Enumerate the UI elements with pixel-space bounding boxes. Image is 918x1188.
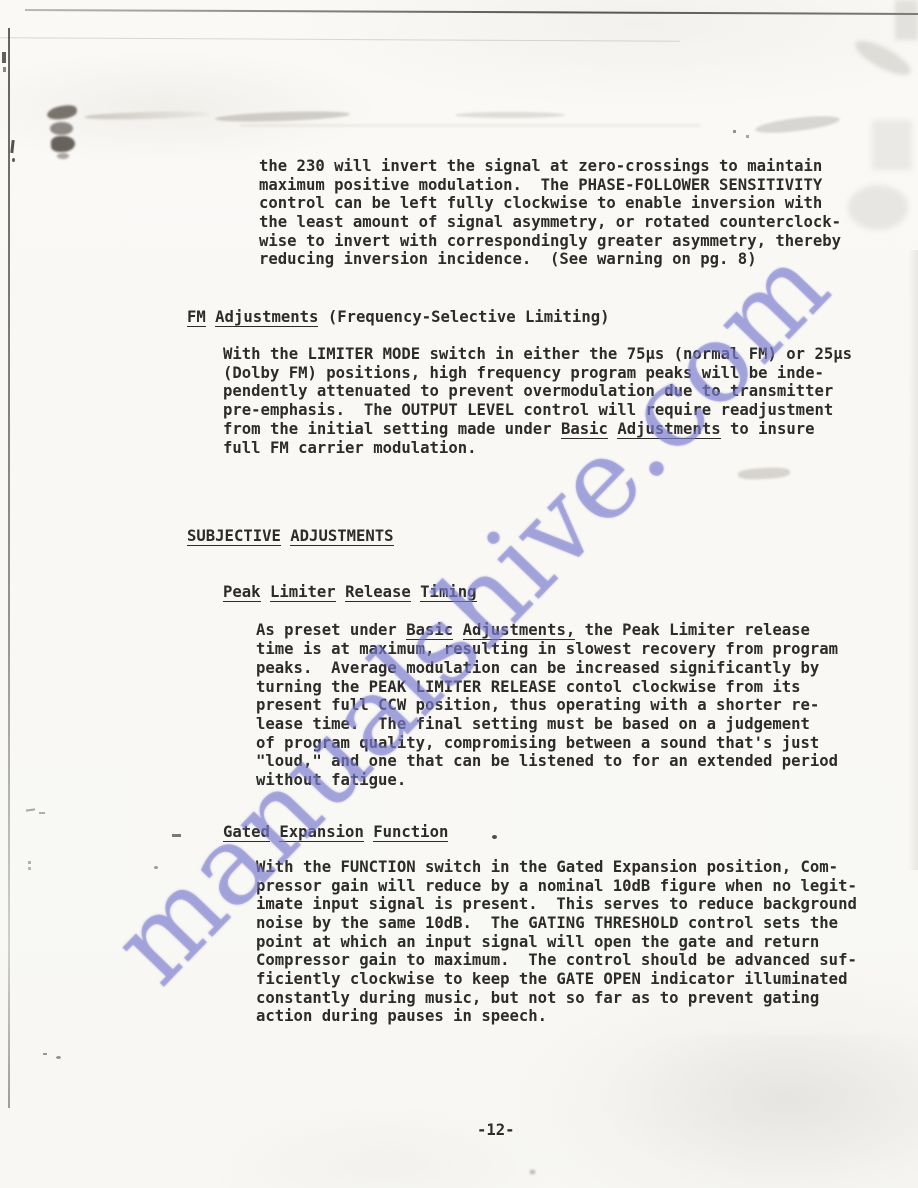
- text-line: noise by the same 10dB. The GATING THRES…: [256, 914, 857, 933]
- underlined-word: ADJUSTMENTS: [290, 528, 393, 546]
- scan-streak: [848, 185, 908, 230]
- underlined-word: SUBJECTIVE: [187, 528, 281, 546]
- page-number: -12-: [477, 1121, 515, 1139]
- text-line: the 230 will invert the signal at zero-c…: [259, 157, 841, 176]
- scan-mark: [39, 812, 45, 814]
- scan-bottom-shading: [590, 1035, 918, 1185]
- stamp-smudge: [57, 153, 69, 159]
- scanned-manual-page: the 230 will invert the signal at zero-c…: [0, 0, 918, 1188]
- scan-mark: [2, 52, 6, 63]
- scan-mark: [43, 1053, 47, 1055]
- scan-streak: [240, 124, 700, 127]
- underlined-word: Adjustments: [215, 309, 318, 327]
- scan-mark: [172, 834, 181, 837]
- scan-streak: [455, 112, 565, 118]
- text-line: FM Adjustments (Frequency-Selective Limi…: [187, 308, 610, 327]
- text-line: from the initial setting made under Basi…: [223, 420, 852, 439]
- text-line: Compressor gain to maximum. The control …: [256, 951, 857, 970]
- text-line: constantly during music, but not so far …: [256, 989, 857, 1008]
- underlined-word: Function: [373, 824, 448, 842]
- text-line: pressor gain will reduce by a nominal 10…: [256, 877, 857, 896]
- scan-mark: [733, 130, 736, 133]
- scan-mark: [492, 835, 497, 839]
- scan-streak: [872, 120, 912, 170]
- underlined-word: Limiter: [270, 584, 336, 602]
- underlined-word: Peak: [223, 584, 261, 602]
- subjective-adjustments-heading: SUBJECTIVE ADJUSTMENTS: [187, 527, 394, 546]
- scan-mark: [28, 861, 31, 864]
- text-line: imate input signal is present. This serv…: [256, 895, 857, 914]
- text-line: action during pauses in speech.: [256, 1007, 857, 1026]
- scan-mark: [530, 1170, 535, 1174]
- scan-edge-shading: [908, 250, 918, 870]
- text-line: maximum positive modulation. The PHASE-F…: [259, 176, 841, 195]
- underlined-word: FM: [187, 309, 206, 327]
- text-line: point at which an input signal will open…: [256, 933, 857, 952]
- text-line: control can be left fully clockwise to e…: [259, 194, 841, 213]
- stamp-smudge: [50, 122, 73, 135]
- scan-mark: [154, 866, 158, 869]
- scan-left-border-line: [8, 28, 10, 1108]
- text-line: SUBJECTIVE ADJUSTMENTS: [187, 527, 394, 546]
- scan-mark: [12, 158, 15, 162]
- scan-mark: [3, 67, 6, 72]
- fm-adjustments-heading: FM Adjustments (Frequency-Selective Limi…: [187, 308, 610, 327]
- text-line: With the FUNCTION switch in the Gated Ex…: [256, 858, 857, 877]
- scan-mark: [56, 1056, 61, 1059]
- gated-expansion-function-paragraph: With the FUNCTION switch in the Gated Ex…: [256, 858, 857, 1026]
- scan-streak: [895, 0, 918, 40]
- text-line: ficiently clockwise to keep the GATE OPE…: [256, 970, 857, 989]
